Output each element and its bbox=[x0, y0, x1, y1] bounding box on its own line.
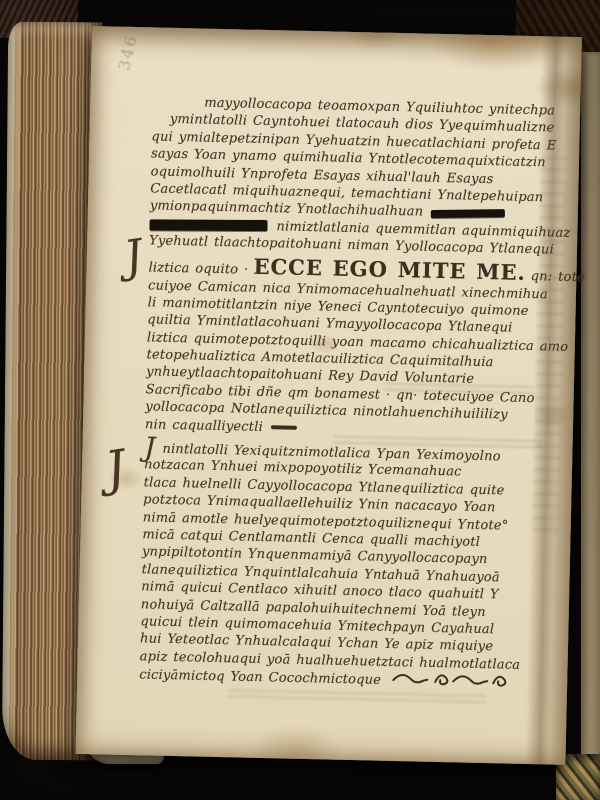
swash-initial: J bbox=[122, 234, 146, 280]
pencil-folio-number: 346 bbox=[114, 32, 141, 72]
book-page-edge-right bbox=[581, 52, 600, 764]
line-text: liztica oquito · bbox=[148, 260, 248, 277]
manuscript-page: 346 J J mayyollocacopa teoamoxpan Yquili… bbox=[75, 26, 581, 765]
end-flourish-icon bbox=[391, 671, 509, 693]
line-text: ciciyāmictoq Yoan Cocochmictoque bbox=[139, 668, 381, 688]
ink-blackout bbox=[149, 219, 267, 231]
dash-flourish-icon bbox=[271, 425, 297, 430]
line-text: nin caqualliyectli bbox=[145, 417, 263, 435]
swash-initial: J bbox=[102, 443, 128, 493]
ink-blackout bbox=[431, 209, 505, 218]
manuscript-photo: 346 J J mayyollocacopa teoamoxpan Yquili… bbox=[0, 0, 600, 800]
text-block: J J mayyollocacopa teoamoxpan Yquiliuhto… bbox=[139, 93, 570, 692]
